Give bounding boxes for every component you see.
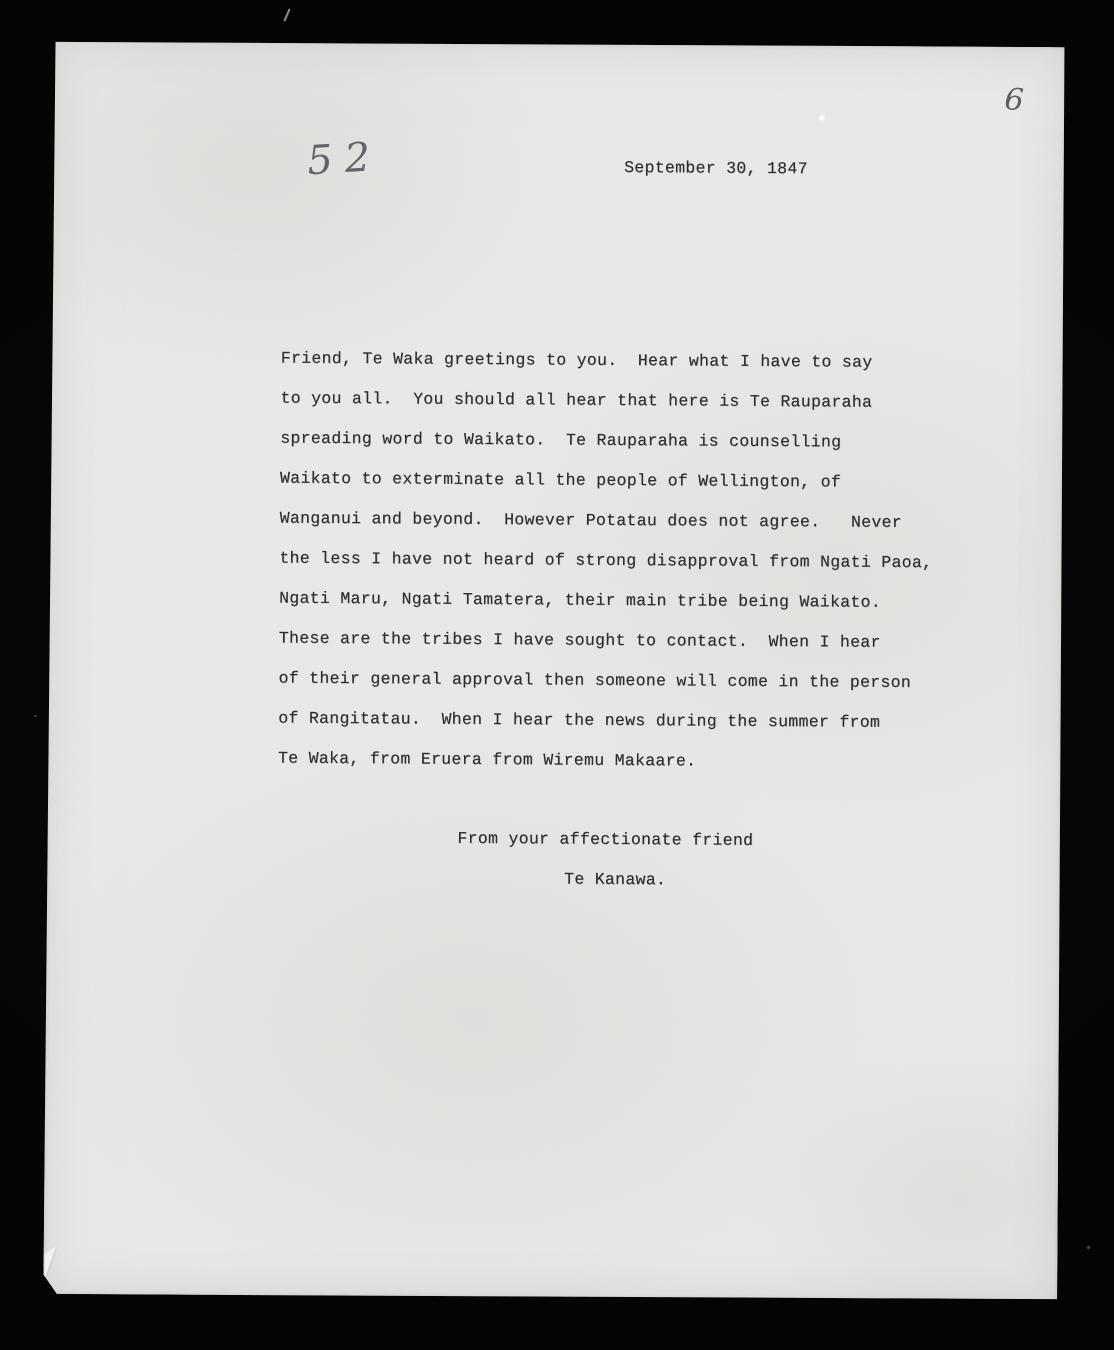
letter-body: Friend, Te Waka greetings to you. Hear w… (278, 339, 934, 784)
handwritten-page-number: 6 (1004, 82, 1025, 118)
typed-line: Te Waka, from Eruera from Wiremu Makaare… (278, 739, 931, 784)
typed-line: Friend, Te Waka greetings to you. Hear w… (281, 339, 934, 384)
typed-line: Waikato to exterminate all the people of… (280, 459, 933, 504)
typed-line: the less I have not heard of strong disa… (279, 539, 932, 584)
closing-line: From your affectionate friend (457, 829, 753, 850)
paper-bright-speck (819, 115, 824, 120)
typed-line: to you all. You should all hear that her… (280, 379, 933, 424)
typed-line: Ngati Maru, Ngati Tamatera, their main t… (279, 579, 932, 624)
typed-line: These are the tribes I have sought to co… (279, 619, 932, 664)
handwritten-folio-number: 52 (306, 134, 384, 185)
typed-line: spreading word to Waikato. Te Rauparaha … (280, 419, 933, 464)
corner-fold (44, 1246, 56, 1282)
scan-dust-speck (34, 715, 37, 717)
typed-line: of Rangitatau. When I hear the news duri… (278, 699, 931, 744)
letter-page: 52 6 September 30, 1847 Friend, Te Waka … (43, 40, 1066, 1301)
date-line: September 30, 1847 (624, 158, 808, 178)
typed-line: Wanganui and beyond. However Potatau doe… (280, 499, 933, 544)
typed-line: of their general approval then someone w… (278, 659, 931, 704)
scan-dust-speck (1087, 1246, 1090, 1249)
stray-pen-mark (283, 8, 291, 22)
signature-line: Te Kanawa. (564, 870, 666, 890)
scanner-background: 52 6 September 30, 1847 Friend, Te Waka … (0, 0, 1114, 1350)
